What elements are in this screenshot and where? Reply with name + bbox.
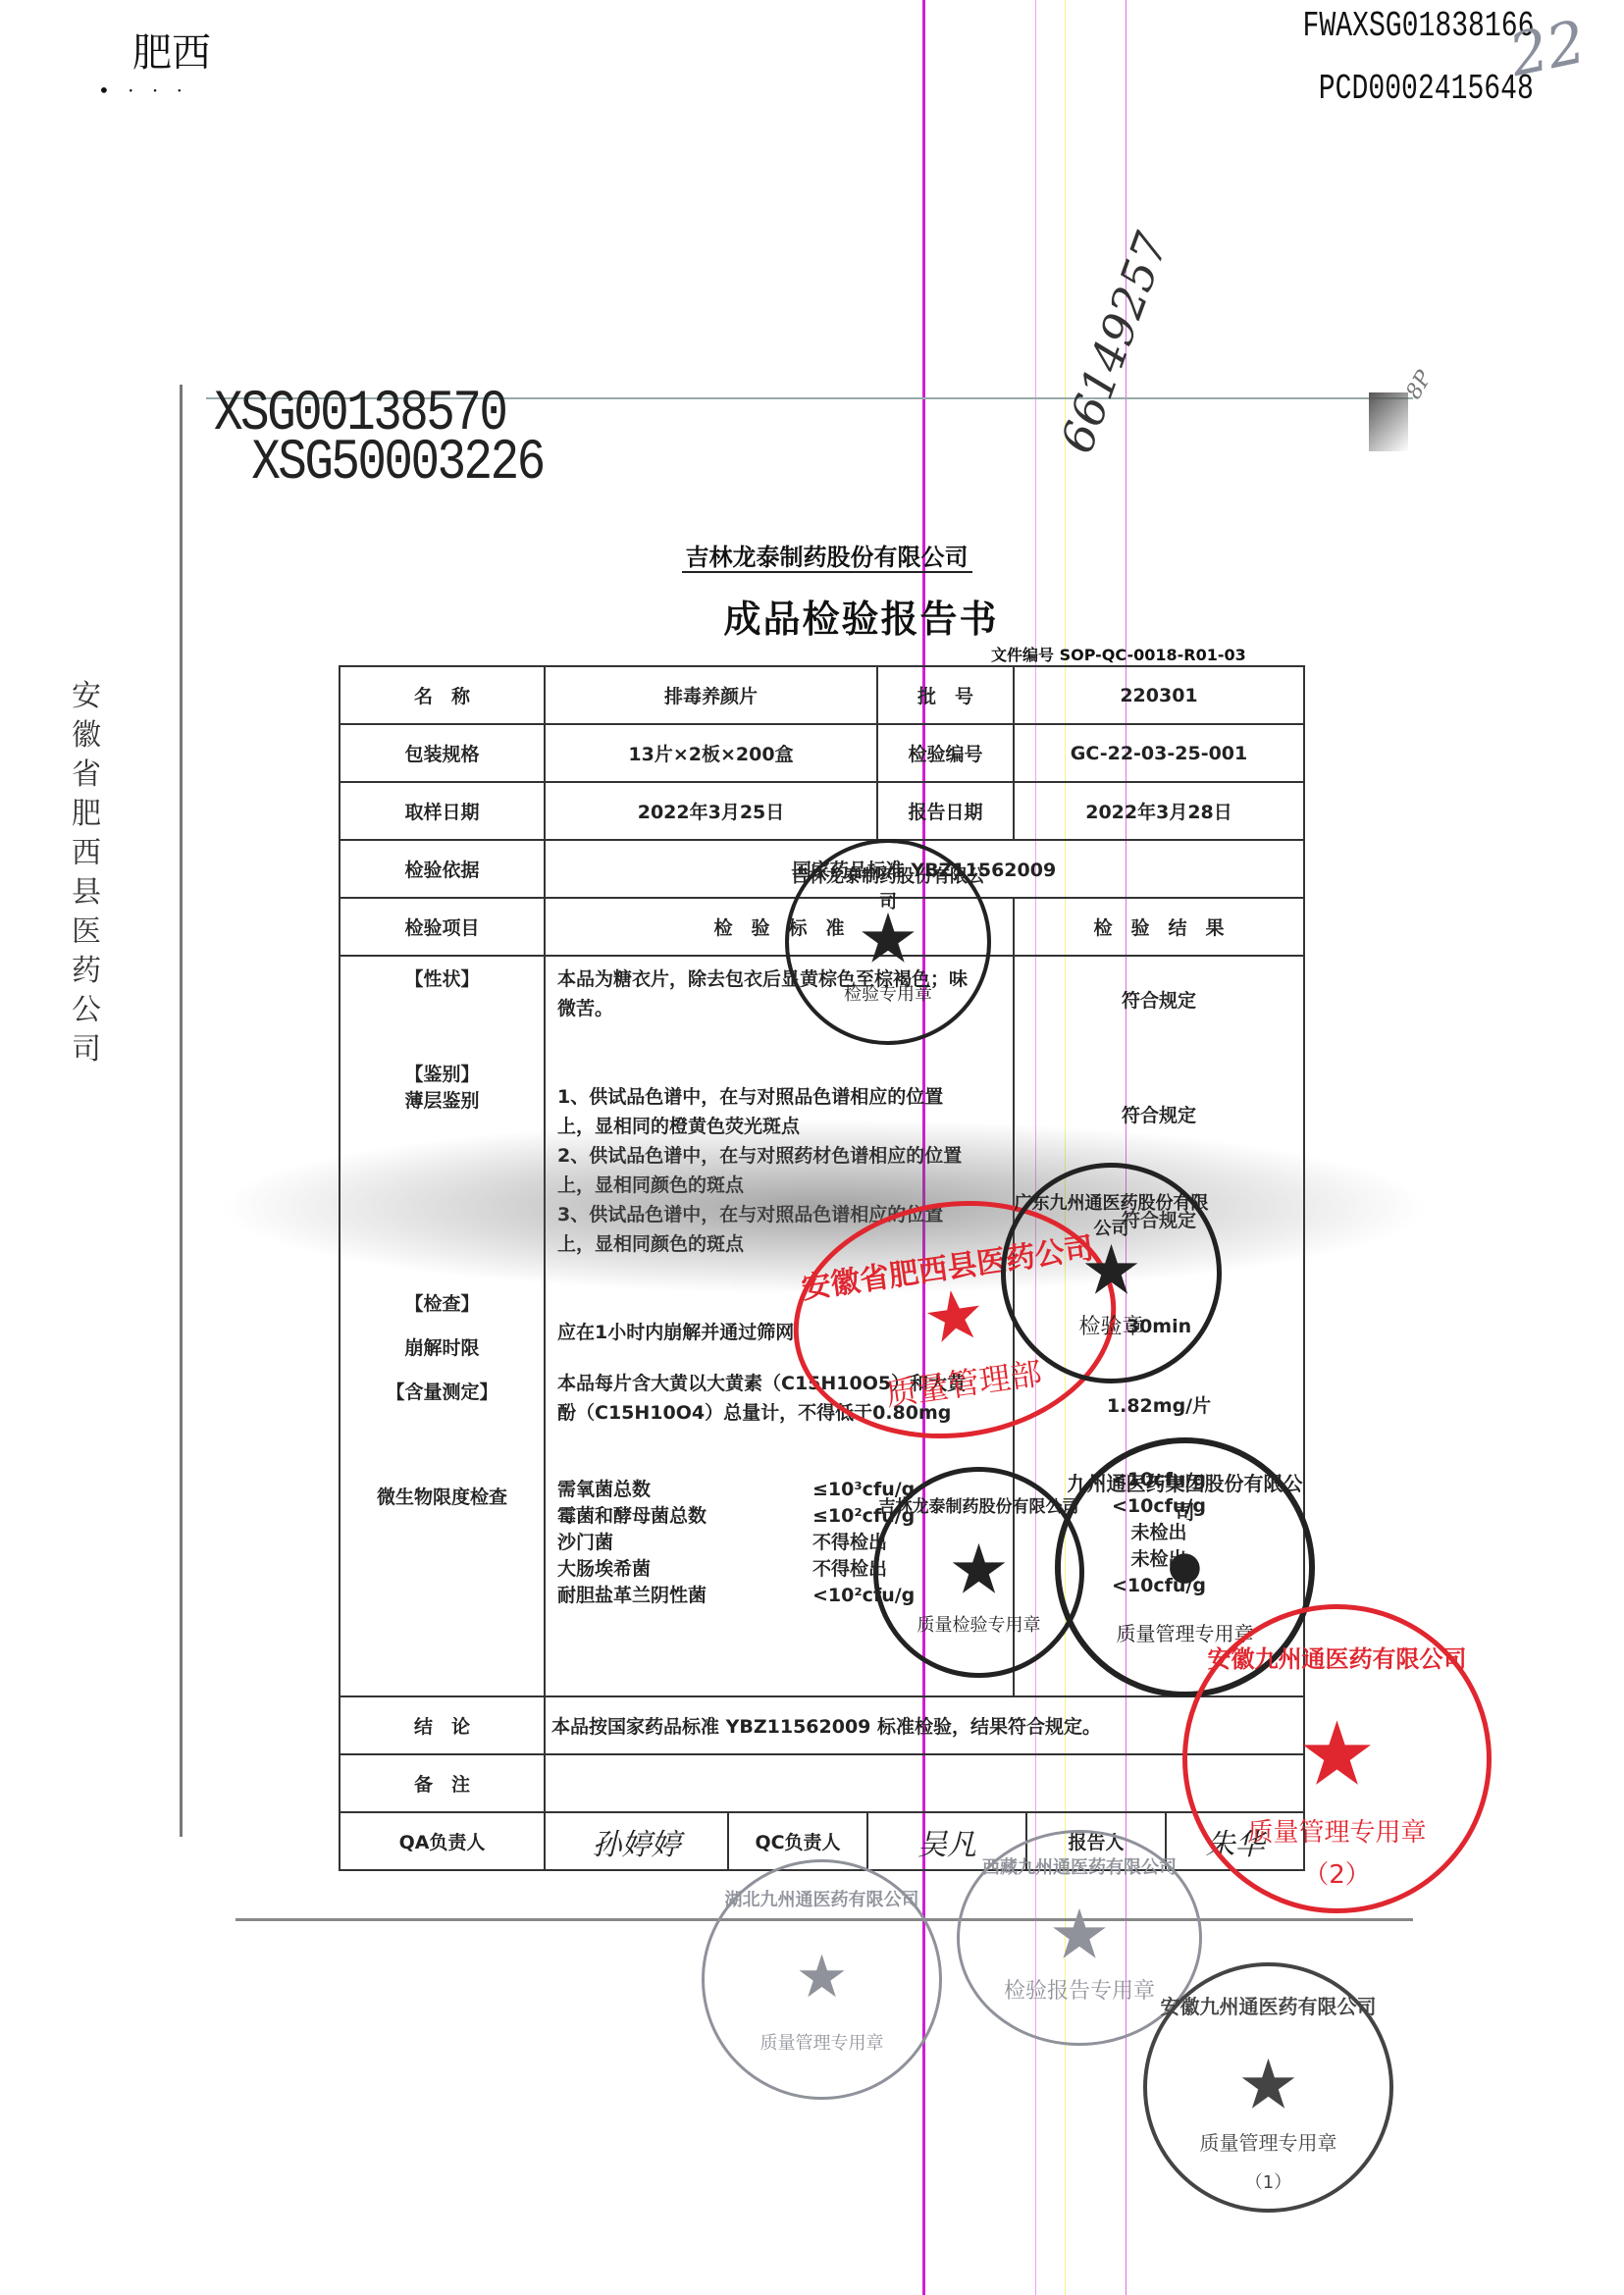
table-row: 包装规格 13片×2板×200盒 检验编号 GC-22-03-25-001 xyxy=(340,724,1304,782)
table-row: 取样日期 2022年3月25日 报告日期 2022年3月28日 xyxy=(340,782,1304,840)
micro-name: 耐胆盐革兰阴性菌 xyxy=(557,1583,812,1609)
stamp-anhui-jzt-1: 安徽九州通医药有限公司 ★ 质量管理专用章 （1） xyxy=(1143,1962,1393,2213)
qa-signature: 孙婷婷 xyxy=(546,1813,729,1869)
pen-mark: 22 xyxy=(1503,8,1591,90)
label-name: 名 称 xyxy=(340,666,545,724)
report-title: 成品检验报告书 xyxy=(0,589,1624,643)
item-label-identification: 【鉴别】 xyxy=(346,1060,538,1086)
corner-dots: • · · · xyxy=(98,78,188,102)
document-codes: XSG00138570 XSG50003226 xyxy=(214,391,544,489)
item-label-appearance: 【性状】 xyxy=(346,965,538,991)
value-product-name: 排毒养颜片 xyxy=(545,666,877,724)
value-sampling-date: 2022年3月25日 xyxy=(545,782,877,840)
value-inspection-no: GC-22-03-25-001 xyxy=(1014,724,1304,782)
star-icon: ★ xyxy=(1237,2050,1299,2118)
serial-number-1: FWAXSG01838166 xyxy=(1302,6,1534,46)
label-report-date: 报告日期 xyxy=(877,782,1014,840)
stamp-manufacturer-qc: 吉林龙泰制药股份有限公司 ★ 检验专用章 xyxy=(785,839,991,1045)
label-package: 包装规格 xyxy=(340,724,545,782)
star-icon: ★ xyxy=(1049,1901,1111,1969)
star-icon: ★ xyxy=(1080,1235,1142,1304)
label-batch: 批 号 xyxy=(877,666,1014,724)
table-row-conclusion: 结 论 本品按国家药品标准 YBZ11562009 标准检验，结果符合规定。 xyxy=(340,1696,1304,1754)
item-labels: 【性状】 【鉴别】 薄层鉴别 【检查】 崩解时限 【含量测定】 微生物限度检查 xyxy=(340,956,545,1696)
value-package: 13片×2板×200盒 xyxy=(545,724,877,782)
value-batch: 220301 xyxy=(1014,666,1304,724)
star-icon: ★ xyxy=(858,905,919,973)
star-icon: ● xyxy=(1168,1546,1202,1586)
stamp-wholesaler-qc: 广东九州通医药股份有限公司 ★ 检验章 xyxy=(1001,1163,1222,1383)
micro-name: 大肠埃希菌 xyxy=(557,1556,812,1583)
label-remarks: 备 注 xyxy=(340,1754,545,1812)
serial-number-2: PCD0002415648 xyxy=(1319,69,1534,109)
label-inspection-no: 检验编号 xyxy=(877,724,1014,782)
document-code-2: XSG50003226 xyxy=(214,440,544,489)
handwritten-note: 66149257 xyxy=(1050,226,1179,459)
table-row-remarks: 备 注 xyxy=(340,1754,1304,1812)
item-label-micro: 微生物限度检查 xyxy=(346,1483,538,1509)
result-appearance: 符合规定 xyxy=(1021,986,1297,1013)
value-report-date: 2022年3月28日 xyxy=(1014,782,1304,840)
item-label-assay: 【含量测定】 xyxy=(346,1378,538,1404)
label-conclusion: 结 论 xyxy=(340,1696,545,1754)
sheet-corner-shadow xyxy=(1369,392,1408,451)
label-basis: 检验依据 xyxy=(340,840,545,898)
item-sublabel-disintegration: 崩解时限 xyxy=(346,1333,538,1360)
stamp-supplier: 吉林龙泰制药股份有限公司 ★ 质量检验专用章 xyxy=(873,1467,1084,1678)
stamp-anhui-jzt-2: 安徽九州通医药有限公司 ★ 质量管理专用章 （2） xyxy=(1182,1604,1492,1913)
micro-name: 沙门菌 xyxy=(557,1530,812,1556)
table-row: 名 称 排毒养颜片 批 号 220301 xyxy=(340,666,1304,724)
micro-name: 霉菌和酵母菌总数 xyxy=(557,1503,812,1530)
file-number: 文件编号 SOP-QC-0018-R01-03 xyxy=(991,643,1246,665)
micro-name: 需氧菌总数 xyxy=(557,1477,812,1503)
star-icon: ★ xyxy=(796,1948,849,2007)
label-sampling-date: 取样日期 xyxy=(340,782,545,840)
star-icon: ★ xyxy=(919,1278,990,1355)
label-result: 检 验 结 果 xyxy=(1014,898,1304,956)
star-icon: ★ xyxy=(1297,1710,1377,1799)
corner-tag: 肥西 xyxy=(132,22,211,78)
stamp-hubei-faded: 湖北九州通医药有限公司 ★ 质量管理专用章 xyxy=(702,1859,942,2100)
company-name: 吉林龙泰制药股份有限公司 xyxy=(0,538,1624,572)
star-icon: ★ xyxy=(948,1535,1010,1603)
item-sublabel-tlc: 薄层鉴别 xyxy=(346,1086,538,1113)
label-item: 检验项目 xyxy=(340,898,545,956)
side-company-label: 安徽省肥西县医药公司 xyxy=(67,677,106,1069)
label-qa: QA负责人 xyxy=(340,1812,545,1870)
